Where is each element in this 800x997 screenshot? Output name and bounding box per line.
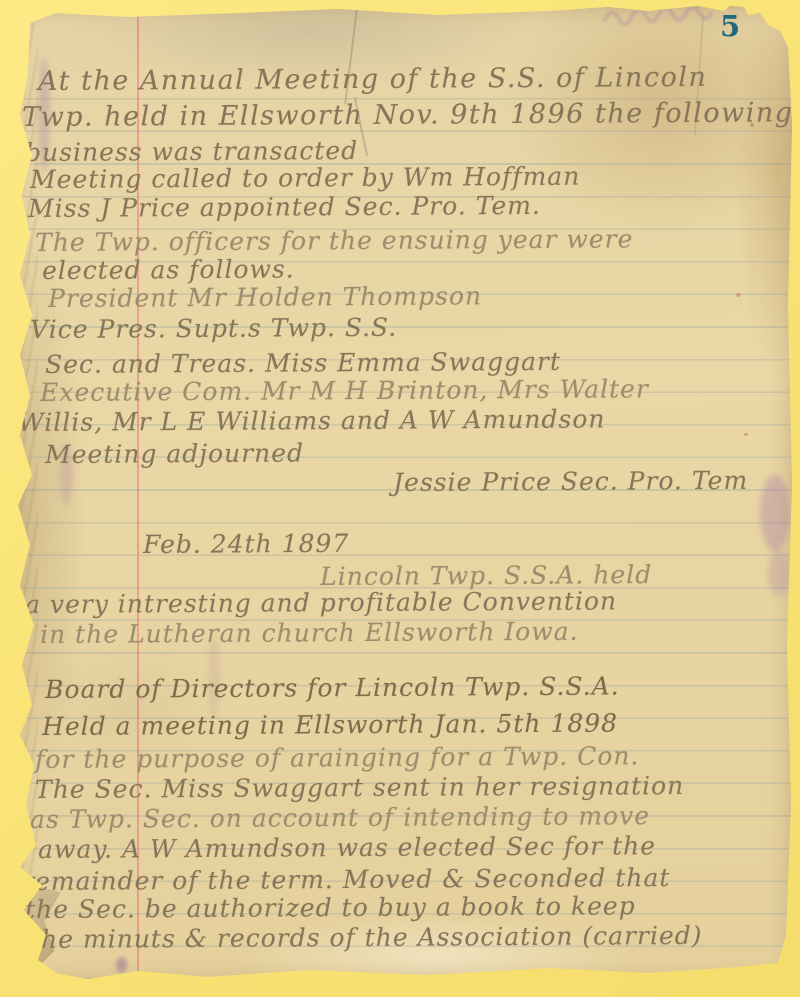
handwriting-line: as Twp. Sec. on account of intending to …: [30, 801, 650, 834]
date-line: Feb. 24th 1897: [143, 529, 349, 559]
handwriting-line: The Sec. Miss Swaggart sent in her resig…: [35, 771, 684, 804]
ink-bleed-mark: [600, 3, 720, 29]
handwriting-line: Miss J Price appointed Sec. Pro. Tem.: [28, 191, 541, 223]
ink-speck: [736, 293, 741, 297]
handwriting-line: Executive Com. Mr M H Brinton, Mrs Walte…: [40, 374, 649, 407]
handwriting-line: the minuts & records of the Association …: [30, 921, 703, 954]
handwriting-line: Twp. held in Ellsworth Nov. 9th 1896 the…: [22, 97, 794, 133]
page-number: 5: [720, 9, 741, 43]
ink-smudge: [116, 957, 127, 973]
handwriting-line: Held a meeting in Ellsworth Jan. 5th 189…: [42, 708, 618, 741]
signature-line: Jessie Price Sec. Pro. Tem: [393, 466, 748, 497]
handwriting-line: in the Lutheran church Ellsworth Iowa.: [40, 617, 579, 649]
handwriting-line: for the purpose of arainging for a Twp. …: [35, 741, 639, 774]
handwriting-line: Meeting called to order by Wm Hoffman: [30, 162, 580, 194]
handwriting-line: Board of Directors for Lincoln Twp. S.S.…: [45, 671, 620, 704]
handwriting-line: President Mr Holden Thompson: [48, 281, 482, 313]
ink-smudge: [760, 475, 790, 551]
handwriting-line: At the Annual Meeting of the S.S. of Lin…: [38, 62, 707, 97]
handwriting-line: Willis, Mr L E Williams and A W Amundson: [18, 404, 606, 437]
ink-smudge: [768, 550, 790, 596]
handwriting-line: Sec. and Treas. Miss Emma Swaggart: [45, 347, 561, 379]
ledger-page: 5 At the Annual Meeting of the S.S. of L…: [8, 5, 794, 985]
handwriting-line: away. A W Amundson was elected Sec for t…: [38, 831, 656, 864]
handwriting-line: The Twp. officers for the ensuing year w…: [35, 224, 633, 257]
handwriting-line: a very intresting and profitable Convent…: [25, 586, 617, 619]
handwriting-line: elected as follows.: [42, 254, 295, 285]
handwriting-line: Vice Pres. Supt.s Twp. S.S.: [30, 313, 397, 344]
handwriting-line: Meeting adjourned: [45, 438, 304, 469]
handwriting-line: the Sec. be authorized to buy a book to …: [25, 891, 636, 924]
ink-speck: [744, 433, 748, 436]
